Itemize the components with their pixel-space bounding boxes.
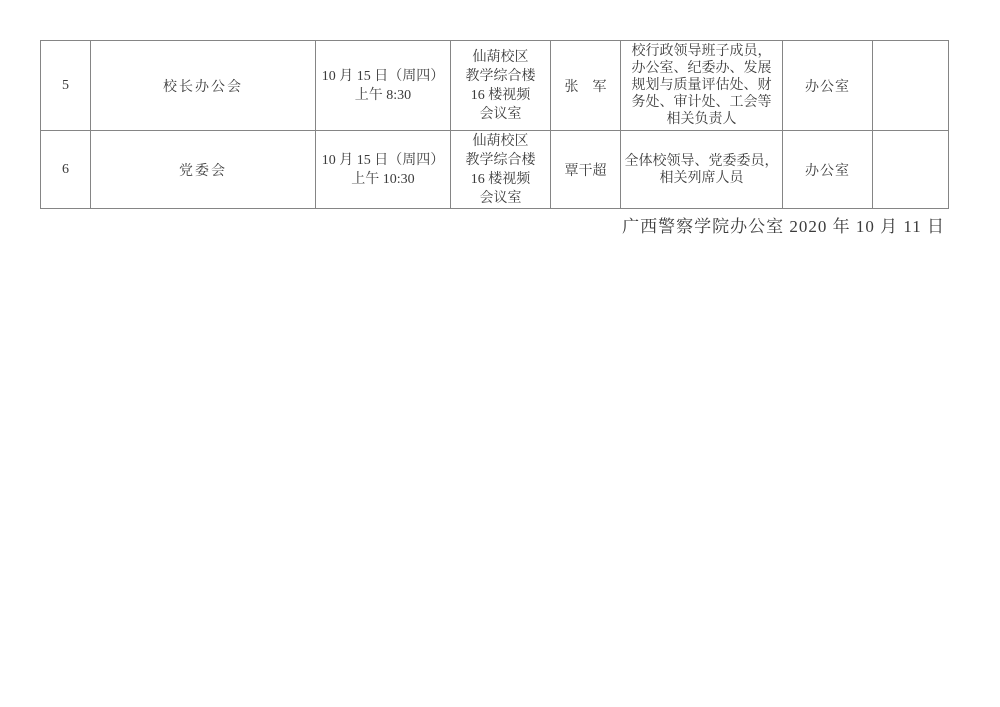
cell-row-number: 6 (41, 131, 91, 209)
cell-remark (873, 41, 949, 131)
cell-host: 张 军 (551, 41, 621, 131)
table-row: 5 校长办公会 10 月 15 日（周四） 上午 8:30 仙葫校区 教学综合楼… (41, 41, 949, 131)
cell-location: 仙葫校区 教学综合楼 16 楼视频 会议室 (451, 131, 551, 209)
signature-line: 广西警察学院办公室 2020 年 10 月 11 日 (40, 212, 945, 237)
table-row: 6 党委会 10 月 15 日（周四） 上午 10:30 仙葫校区 教学综合楼 … (41, 131, 949, 209)
cell-datetime: 10 月 15 日（周四） 上午 8:30 (316, 41, 451, 131)
cell-datetime: 10 月 15 日（周四） 上午 10:30 (316, 131, 451, 209)
cell-host: 覃干超 (551, 131, 621, 209)
cell-organizer: 办公室 (783, 131, 873, 209)
cell-row-number: 5 (41, 41, 91, 131)
cell-attendees: 全体校领导、党委委员， 相关列席人员 (621, 131, 783, 209)
meeting-schedule-table: 5 校长办公会 10 月 15 日（周四） 上午 8:30 仙葫校区 教学综合楼… (40, 40, 949, 209)
cell-location: 仙葫校区 教学综合楼 16 楼视频 会议室 (451, 41, 551, 131)
cell-attendees: 校行政领导班子成员， 办公室、纪委办、发展 规划与质量评估处、财 务处、审计处、… (621, 41, 783, 131)
cell-meeting-name: 校长办公会 (91, 41, 316, 131)
cell-remark (873, 131, 949, 209)
document-page: 5 校长办公会 10 月 15 日（周四） 上午 8:30 仙葫校区 教学综合楼… (0, 0, 1000, 707)
cell-organizer: 办公室 (783, 41, 873, 131)
cell-meeting-name: 党委会 (91, 131, 316, 209)
